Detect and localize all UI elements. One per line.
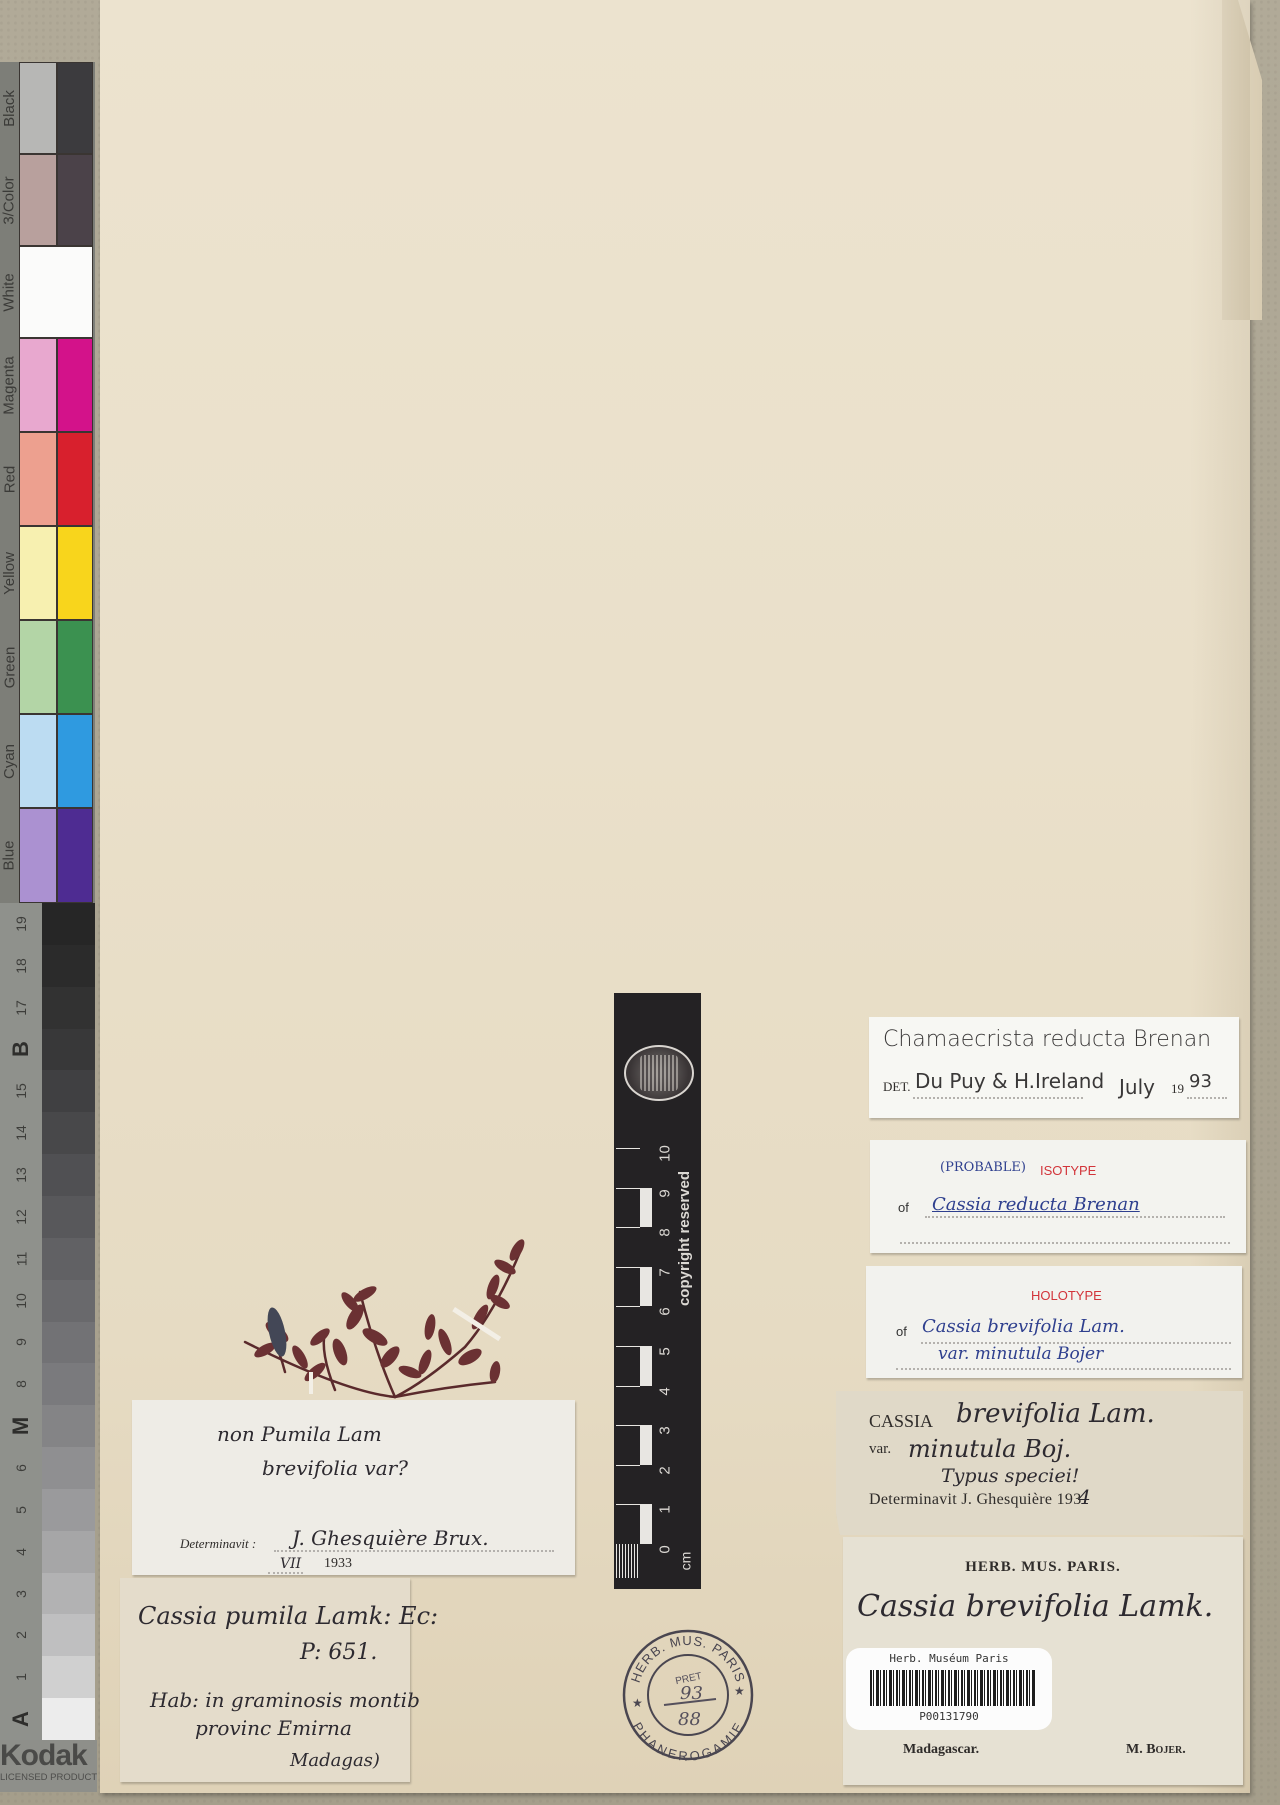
determination-label-chamaecrista: Chamaecrista reducta Brenan DET. Du Puy … xyxy=(869,1017,1239,1118)
gray-step-label: M xyxy=(0,1405,42,1447)
scale-number: 10 xyxy=(657,1143,674,1165)
gray-step-label: 5 xyxy=(0,1489,42,1531)
holotype-type: HOLOTYPE xyxy=(1031,1288,1102,1303)
isotype-taxon: Cassia reducta Brenan xyxy=(932,1194,1140,1215)
color-patch-white: White xyxy=(0,246,95,338)
color-patch-yellow: Yellow xyxy=(0,526,95,620)
color-patch-label: Yellow xyxy=(1,552,18,595)
scale-number: 0 xyxy=(657,1539,674,1561)
pumila-line2: P: 651. xyxy=(300,1640,377,1665)
scale-number: 1 xyxy=(657,1499,674,1521)
holotype-label: HOLOTYPE of Cassia brevifolia Lam. var. … xyxy=(866,1266,1242,1378)
gray-step xyxy=(42,1447,95,1489)
color-patch-label: Red xyxy=(1,465,18,493)
gray-step-label: 13 xyxy=(0,1154,42,1196)
variety-name: minutula Boj. xyxy=(908,1435,1071,1463)
svg-text:88: 88 xyxy=(678,1709,701,1730)
gray-step xyxy=(42,903,95,945)
pumila-line4: provinc Emirna xyxy=(195,1716,352,1740)
gray-step-label: 17 xyxy=(0,987,42,1029)
gray-step xyxy=(42,987,95,1029)
barcode-icon xyxy=(870,1670,1036,1706)
gray-step xyxy=(42,1322,95,1364)
cassia-pumila-label: Cassia pumila Lamk: Ec: P: 651. Hab: in … xyxy=(120,1578,410,1782)
gray-step-label: 18 xyxy=(0,945,42,987)
color-patch-green: Green xyxy=(0,620,95,714)
gray-step-label: A xyxy=(0,1698,42,1740)
barcode-label: Herb. Muséum Paris P00131790 xyxy=(846,1648,1052,1730)
gray-step-label: 9 xyxy=(0,1322,42,1364)
color-patch-cyan: Cyan xyxy=(0,714,95,808)
gray-step xyxy=(42,1656,95,1698)
gray-step-label: 15 xyxy=(0,1070,42,1112)
type-note: Typus speciei! xyxy=(941,1465,1079,1487)
gray-step xyxy=(42,1112,95,1154)
color-calibration-chart: Black3/ColorWhiteMagentaRedYellowGreenCy… xyxy=(0,62,95,903)
of-text: of xyxy=(898,1200,909,1215)
det-prefix: DET. xyxy=(883,1079,911,1095)
kodak-licensed-text: LICENSED PRODUCT xyxy=(0,1772,97,1784)
gray-step xyxy=(42,1614,95,1656)
gray-step xyxy=(42,1154,95,1196)
det-year-suffix: 4 xyxy=(1078,1485,1091,1509)
determinavit-line: Determinavit J. Ghesquière 193 xyxy=(869,1491,1082,1509)
plant-specimen-icon xyxy=(225,1232,585,1407)
color-patch-magenta: Magenta xyxy=(0,338,95,432)
scale-number: 8 xyxy=(657,1222,674,1244)
gray-step-label: 10 xyxy=(0,1280,42,1322)
gray-step-label: 12 xyxy=(0,1196,42,1238)
barcode-number: P00131790 xyxy=(846,1710,1052,1723)
gray-step xyxy=(42,1489,95,1531)
barcode-title: Herb. Muséum Paris xyxy=(846,1652,1052,1665)
note-line2: brevifolia var? xyxy=(262,1456,408,1480)
isotype-label: (PROBABLE) ISOTYPE of Cassia reducta Bre… xyxy=(870,1140,1246,1253)
color-patch-label: Black xyxy=(1,90,18,127)
color-patch-blue: Blue xyxy=(0,808,95,903)
isotype-qualifier: (PROBABLE) xyxy=(940,1160,1026,1175)
gray-scale-chart: 191817B15141312111098M654321A xyxy=(0,903,95,1740)
gray-step xyxy=(42,1363,95,1405)
scale-number: 7 xyxy=(657,1261,674,1283)
color-patch-label: 3/Color xyxy=(1,176,18,224)
gray-step-label: 2 xyxy=(0,1614,42,1656)
pumila-line1: Cassia pumila Lamk: Ec: xyxy=(138,1602,438,1630)
gray-step xyxy=(42,1280,95,1322)
gray-step-label: 19 xyxy=(0,903,42,945)
stamp-icon: HERB. MUS. PARIS PHANEROGAMIE ★ ★ PRET 9… xyxy=(620,1627,756,1763)
gray-step xyxy=(42,1531,95,1573)
color-patch-label: Blue xyxy=(1,840,18,870)
taxon-name: Chamaecrista reducta Brenan xyxy=(883,1027,1211,1052)
scale-number: 5 xyxy=(657,1341,674,1363)
scale-bar: 012345678910 copyright reserved cm xyxy=(614,993,701,1589)
gray-step xyxy=(42,1573,95,1615)
holotype-taxon-line1: Cassia brevifolia Lam. xyxy=(922,1316,1125,1337)
scale-number: 6 xyxy=(657,1301,674,1323)
det-year-suffix: 93 xyxy=(1189,1071,1212,1092)
svg-text:★: ★ xyxy=(734,1684,745,1698)
color-patch-label: Green xyxy=(1,646,18,688)
note-line1: non Pumila Lam xyxy=(217,1422,382,1446)
gray-step xyxy=(42,945,95,987)
gray-step-label: 6 xyxy=(0,1447,42,1489)
color-patch-label: Magenta xyxy=(1,356,18,414)
genus-name: CASSIA xyxy=(869,1411,933,1432)
herbarium-header: HERB. MUS. PARIS. xyxy=(843,1559,1243,1576)
gray-step-label: 11 xyxy=(0,1238,42,1280)
species-name: brevifolia Lam. xyxy=(956,1399,1155,1429)
non-pumila-label: non Pumila Lam brevifolia var? Determina… xyxy=(132,1400,575,1575)
svg-text:★: ★ xyxy=(632,1696,643,1710)
det-month: VII xyxy=(280,1556,301,1572)
color-patch-black: Black xyxy=(0,62,95,154)
plant-specimen xyxy=(225,1232,585,1407)
color-patch-label: White xyxy=(1,273,18,311)
scale-unit: cm xyxy=(677,1552,693,1571)
color-patch-3-color: 3/Color xyxy=(0,154,95,246)
gray-step-label: 14 xyxy=(0,1112,42,1154)
gray-step xyxy=(42,1405,95,1447)
kodak-brand: Kodak xyxy=(0,1740,97,1772)
gray-step-label: 4 xyxy=(0,1531,42,1573)
scale-number: 2 xyxy=(657,1459,674,1481)
determinavit-label: Determinavit : xyxy=(180,1536,256,1552)
ruler-segments xyxy=(616,1148,652,1578)
pumila-line5: Madagas) xyxy=(290,1750,380,1771)
kodak-logo: Kodak LICENSED PRODUCT xyxy=(0,1740,97,1792)
determiner-name: Du Puy & H.Ireland xyxy=(915,1069,1104,1093)
color-patch-red: Red xyxy=(0,432,95,526)
gray-step-label: 1 xyxy=(0,1656,42,1698)
museum-seal-icon xyxy=(624,1045,694,1101)
scale-number: 4 xyxy=(657,1380,674,1402)
var-prefix: var. xyxy=(869,1441,891,1458)
gray-step-label: 3 xyxy=(0,1573,42,1615)
scale-number: 9 xyxy=(657,1182,674,1204)
copyright-text: copyright reserved xyxy=(672,1143,698,1333)
gray-step xyxy=(42,1238,95,1280)
scale-number: 3 xyxy=(657,1420,674,1442)
gray-step xyxy=(42,1070,95,1112)
isotype-type: ISOTYPE xyxy=(1040,1163,1096,1178)
of-text: of xyxy=(896,1324,907,1339)
gray-step-label: B xyxy=(0,1029,42,1071)
herbarium-taxon: Cassia brevifolia Lamk. xyxy=(857,1589,1213,1624)
gray-step xyxy=(42,1698,95,1740)
holotype-taxon-line2: var. minutula Bojer xyxy=(938,1344,1103,1364)
ruler-mm-ticks xyxy=(616,1544,640,1578)
collector: M. Bojer. xyxy=(1126,1742,1186,1758)
gray-step-label: 8 xyxy=(0,1363,42,1405)
gray-step xyxy=(42,1196,95,1238)
locality: Madagascar. xyxy=(903,1742,979,1758)
det-year-prefix: 19 xyxy=(1171,1081,1184,1097)
ghesquiere-determination-label: CASSIA brevifolia Lam. var. minutula Boj… xyxy=(836,1391,1243,1535)
det-year: 1933 xyxy=(324,1556,352,1572)
gray-step xyxy=(42,1029,95,1071)
herbarium-stamp: HERB. MUS. PARIS PHANEROGAMIE ★ ★ PRET 9… xyxy=(620,1627,756,1763)
det-month: July xyxy=(1119,1075,1155,1099)
color-patch-label: Cyan xyxy=(1,743,18,778)
pumila-line3: Hab: in graminosis montib xyxy=(150,1688,420,1712)
determiner-name: J. Ghesquière Brux. xyxy=(292,1526,489,1550)
